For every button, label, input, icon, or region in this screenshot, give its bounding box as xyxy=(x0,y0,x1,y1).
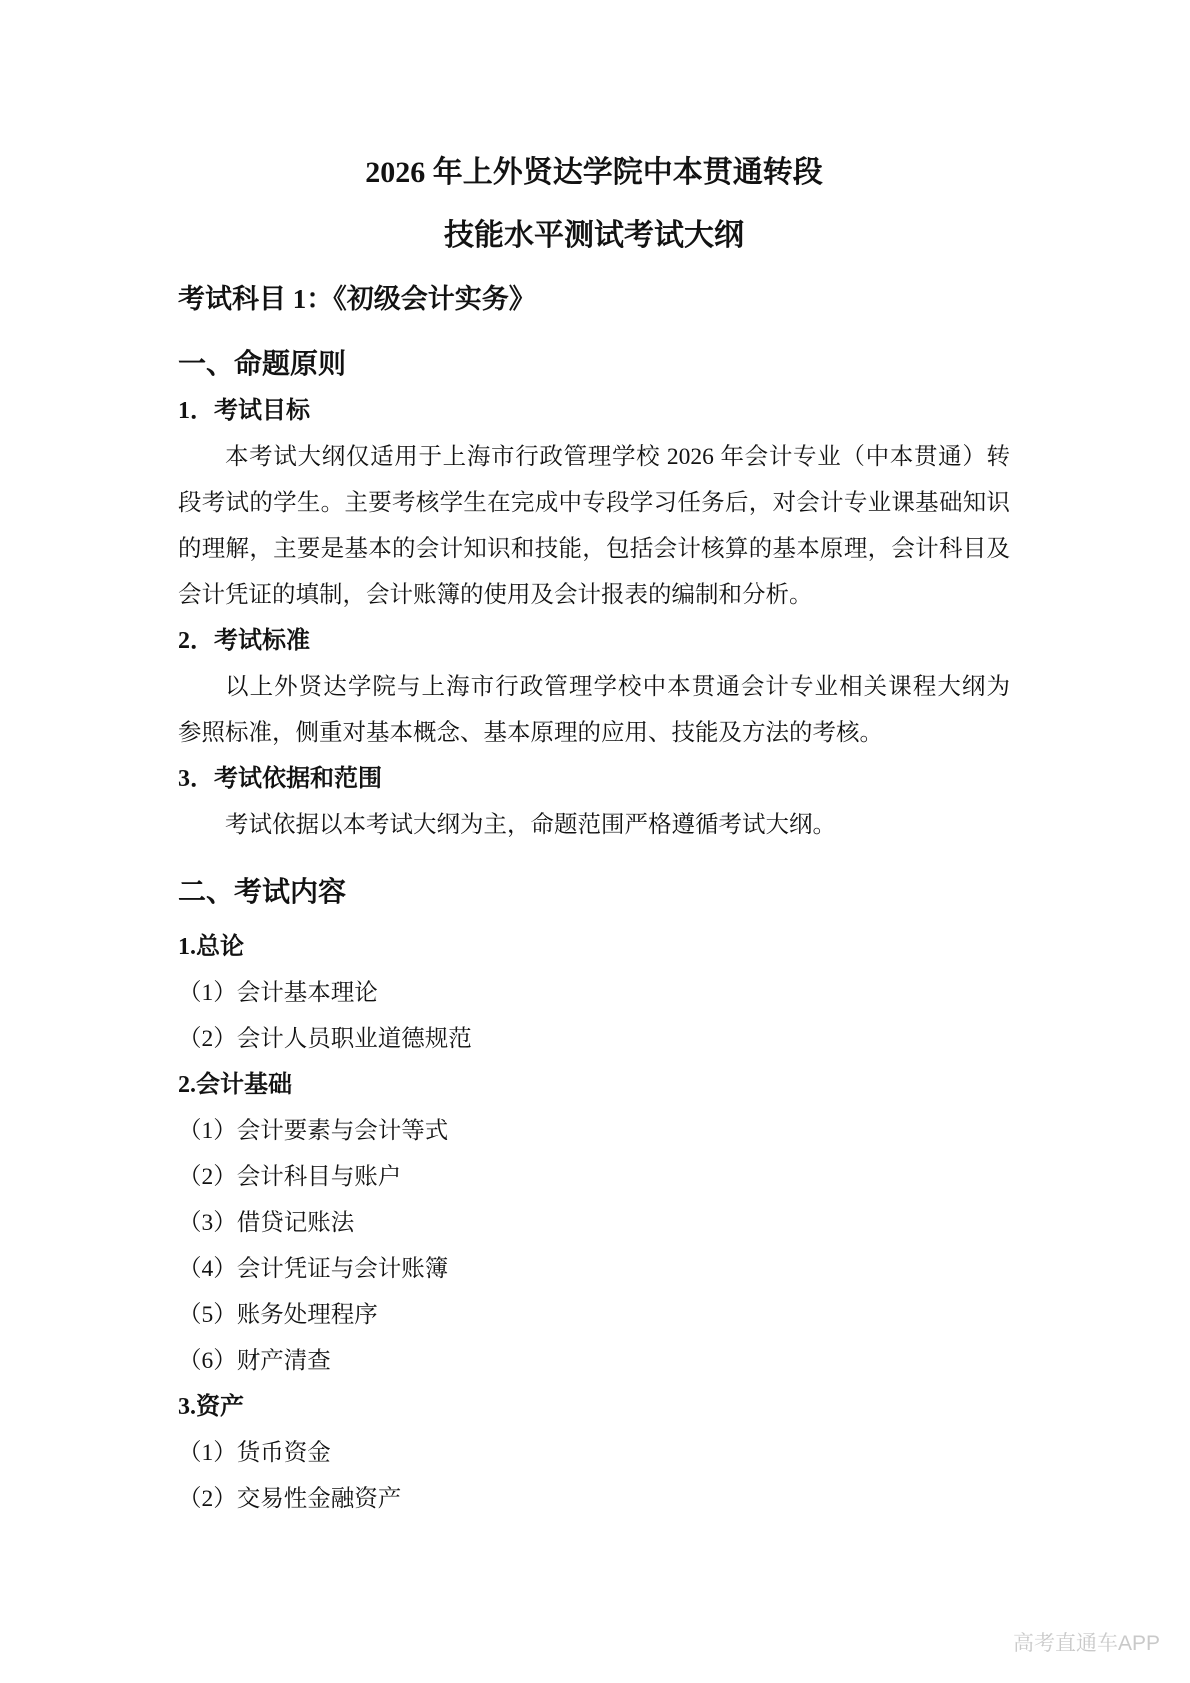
list-item: （3）借贷记账法 xyxy=(178,1200,1010,1246)
list-item: （2）会计人员职业道德规范 xyxy=(178,1016,1010,1062)
paragraph-line: 以上外贤达学院与上海市行政管理学校中本贯通会计专业相关课程大纲为 xyxy=(178,664,1010,710)
part1-sub3-heading: 3．考试依据和范围 xyxy=(178,756,1010,802)
part2-group2-heading: 2.会计基础 xyxy=(178,1062,1010,1108)
paragraph-exam-objective: 本考试大纲仅适用于上海市行政管理学校 2026 年会计专业（中本贯通）转 段考试… xyxy=(178,434,1010,618)
list-item: （5）账务处理程序 xyxy=(178,1292,1010,1338)
list-item: （6）财产清查 xyxy=(178,1338,1010,1384)
document-title-line2: 技能水平测试考试大纲 xyxy=(178,204,1010,267)
list-item: （1）货币资金 xyxy=(178,1430,1010,1476)
list-item: （4）会计凭证与会计账簿 xyxy=(178,1246,1010,1292)
part1-sub1-heading: 1．考试目标 xyxy=(178,388,1010,434)
part2-group3-heading: 3.资产 xyxy=(178,1384,1010,1430)
document-page: 2026 年上外贤达学院中本贯通转段 技能水平测试考试大纲 考试科目 1：《初级… xyxy=(0,0,1190,1683)
part1-heading: 一、命题原则 xyxy=(178,342,1010,388)
document-title-line1: 2026 年上外贤达学院中本贯通转段 xyxy=(178,141,1010,204)
part1-sub2-heading: 2．考试标准 xyxy=(178,618,1010,664)
paragraph-line: 考试依据以本考试大纲为主，命题范围严格遵循考试大纲。 xyxy=(178,802,1010,848)
subject-heading: 考试科目 1：《初级会计实务》 xyxy=(178,276,1010,322)
paragraph-line: 参照标准，侧重对基本概念、基本原理的应用、技能及方法的考核。 xyxy=(178,710,1010,756)
paragraph-exam-standard: 以上外贤达学院与上海市行政管理学校中本贯通会计专业相关课程大纲为 参照标准，侧重… xyxy=(178,664,1010,756)
paragraph-line: 的理解，主要是基本的会计知识和技能，包括会计核算的基本原理，会计科目及 xyxy=(178,526,1010,572)
list-item: （1）会计要素与会计等式 xyxy=(178,1108,1010,1154)
part2-heading: 二、考试内容 xyxy=(178,870,1010,916)
list-item: （1）会计基本理论 xyxy=(178,970,1010,1016)
paragraph-line: 会计凭证的填制，会计账簿的使用及会计报表的编制和分析。 xyxy=(178,572,1010,618)
list-item: （2）会计科目与账户 xyxy=(178,1154,1010,1200)
paragraph-line: 段考试的学生。主要考核学生在完成中专段学习任务后，对会计专业课基础知识 xyxy=(178,480,1010,526)
paragraph-exam-basis: 考试依据以本考试大纲为主，命题范围严格遵循考试大纲。 xyxy=(178,802,1010,848)
watermark: 高考直通车APP xyxy=(1013,1627,1160,1657)
list-item: （2）交易性金融资产 xyxy=(178,1476,1010,1522)
paragraph-line: 本考试大纲仅适用于上海市行政管理学校 2026 年会计专业（中本贯通）转 xyxy=(178,434,1010,480)
part2-group1-heading: 1.总论 xyxy=(178,924,1010,970)
